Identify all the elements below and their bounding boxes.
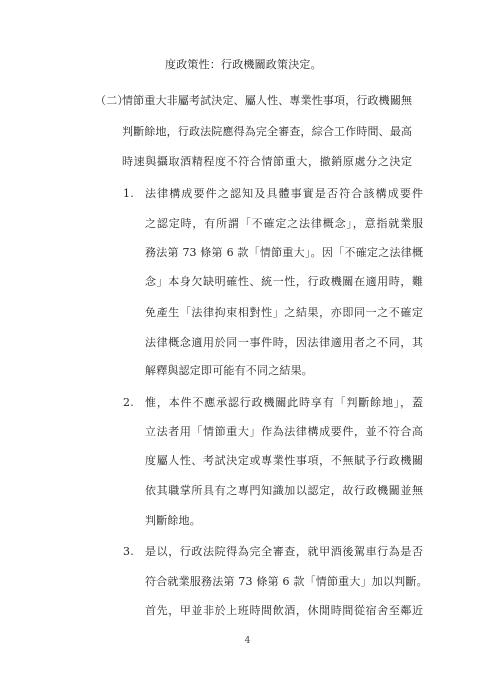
text-line: 情節重大非屬考試決定、屬人性、專業性事項，行政機關無 <box>122 93 412 109</box>
text-line: 法律概念適用於同一事件時，因法律適用者之不同，其 <box>145 335 423 351</box>
text-line: 度屬人性、考試決定或專業性事項，不無賦予行政機關 <box>145 453 423 469</box>
list-number: 3. <box>123 544 134 560</box>
text-line: 立法者用「情節重大」作為法律構成要件，並不符合高 <box>145 424 423 440</box>
text-line: 之認定時，有所謂「不確定之法律概念」，意指就業服 <box>145 216 423 232</box>
list-number: 2. <box>123 395 134 411</box>
text-line: 惟，本件不應承認行政機關此時享有「判斷餘地」，蓋 <box>145 395 423 411</box>
text-line-intro: 度政策性：行政機關政策決定。 <box>165 57 322 73</box>
text-line: 依其職掌所具有之專門知識加以認定，故行政機關並無 <box>145 483 423 499</box>
text-line: 時速與攝取酒精程度不符合情節重大，撤銷原處分之決定 <box>122 154 412 170</box>
list-number: 1. <box>123 186 134 202</box>
text-line: 是以，行政法院得為完全審查，就甲酒後駕車行為是否 <box>145 544 423 560</box>
page-number: 4 <box>0 636 495 646</box>
document-page: 度政策性：行政機關政策決定。 （二） 情節重大非屬考試決定、屬人性、專業性事項，… <box>0 0 495 700</box>
text-line: 務法第 73 條第 6 款「情節重大」。因「不確定之法律概 <box>145 245 423 261</box>
text-line: 解釋與認定即可能有不同之結果。 <box>145 363 423 379</box>
text-line: 判斷餘地。 <box>145 513 423 529</box>
text-line: 免產生「法律拘束相對性」之結果，亦即同一之不確定 <box>145 305 423 321</box>
text-line: 判斷餘地，行政法院應得為完全審查，綜合工作時間、最高 <box>122 124 412 140</box>
text-line: 首先，甲並非於上班時間飲酒，休閒時間從宿舍至鄰近 <box>145 603 423 619</box>
text-line: 念」本身欠缺明確性、統一性，行政機關在適用時，難 <box>145 274 423 290</box>
text-line: 法律構成要件之認知及具體事實是否符合該構成要件 <box>145 186 423 202</box>
text-line: 符合就業服務法第 73 條第 6 款「情節重大」加以判斷。 <box>145 574 423 590</box>
